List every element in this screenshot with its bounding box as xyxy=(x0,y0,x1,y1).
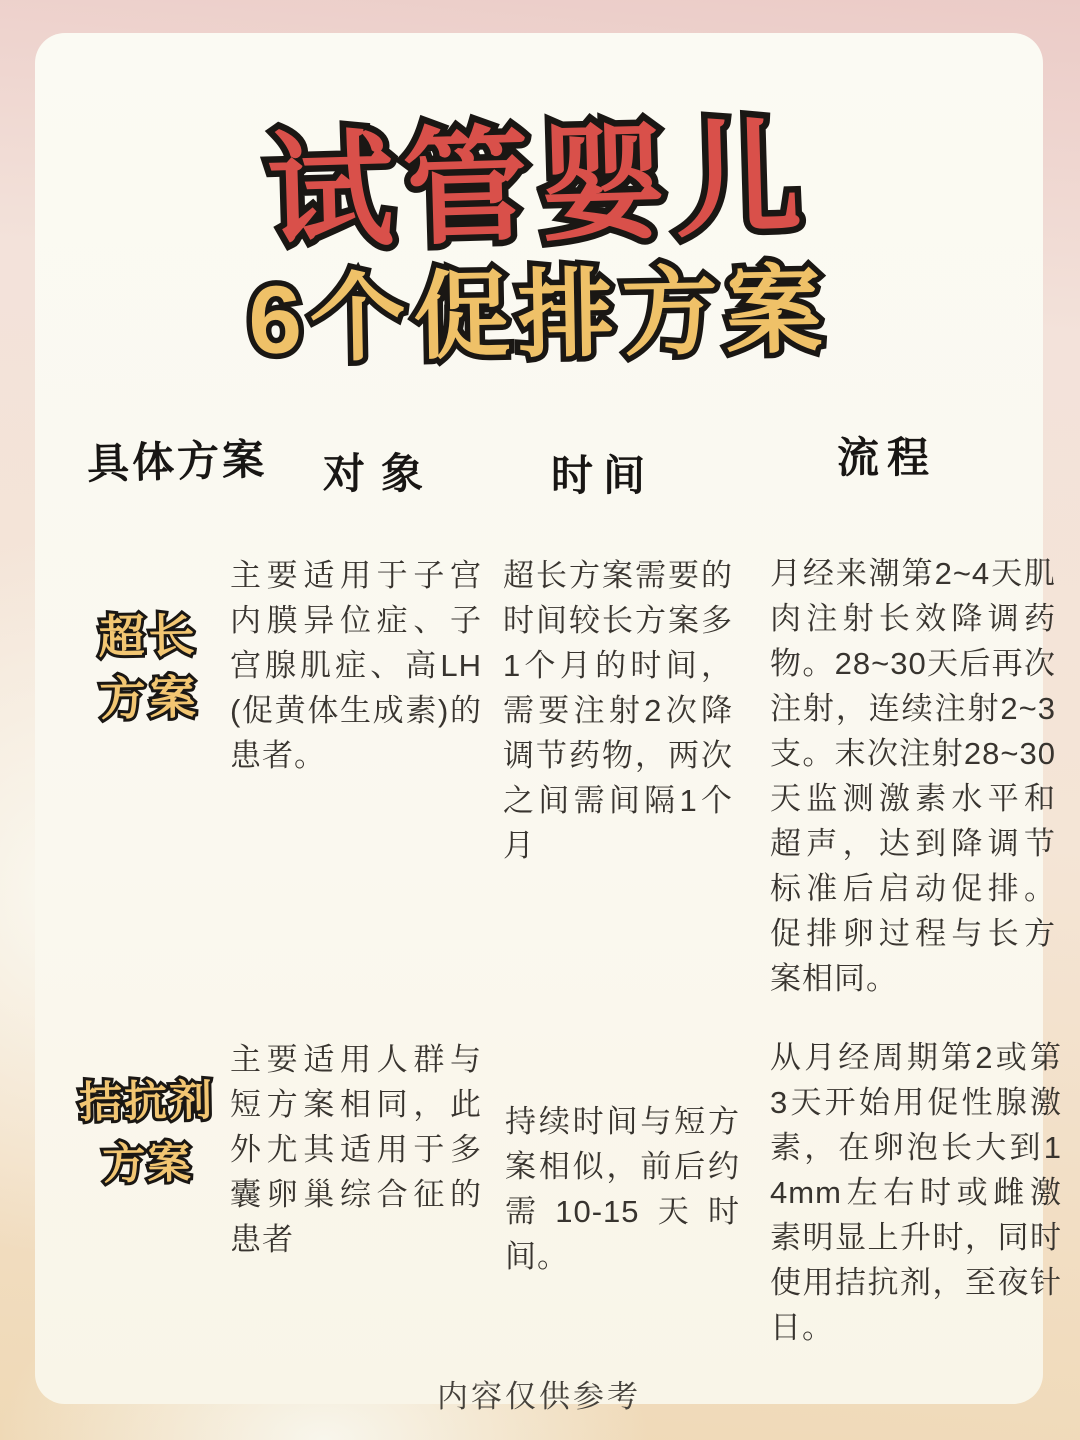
footer-disclaimer: 内容仅供参考 xyxy=(35,1371,1043,1416)
row-label-antagonist-plan: 拮抗剂 方案 xyxy=(60,1070,234,1197)
column-header-target: 对象 xyxy=(323,441,439,501)
column-header-time: 时间 xyxy=(551,443,655,503)
cell-row2-target: 主要适用人群与短方案相同，此外尤其适用于多囊卵巢综合征的患者 xyxy=(230,1037,482,1262)
content-card: 试管婴儿 6个促排方案 具体方案 对象 时间 流程 超长 方案 主要适用于子宫内… xyxy=(35,33,1043,1404)
cell-row2-time: 持续时间与短方案相似，前后约需10-15天时间。 xyxy=(505,1099,740,1279)
subtitle: 6个促排方案 xyxy=(34,230,1044,385)
row-label-line: 方案 xyxy=(73,666,226,731)
cell-row1-time: 超长方案需要的时间较长方案多1个月的时间，需要注射2次降调节药物，两次之间需间隔… xyxy=(503,553,733,868)
cell-row2-process: 从月经周期第2或第3天开始用促性腺激素，在卵泡长大到14mm左右时或雌激素明显上… xyxy=(770,1035,1062,1350)
poster-frame: 试管婴儿 6个促排方案 具体方案 对象 时间 流程 超长 方案 主要适用于子宫内… xyxy=(0,0,1080,1440)
row-label-line: 超长 xyxy=(72,604,225,669)
row-label-line: 拮抗剂 xyxy=(60,1070,233,1135)
cell-row1-target: 主要适用于子宫内膜异位症、子宫腺肌症、高LH(促黄体生成素)的患者。 xyxy=(230,553,482,778)
column-header-process: 流程 xyxy=(837,425,937,485)
row-label-line: 方案 xyxy=(61,1131,234,1196)
row-label-ultra-long-plan: 超长 方案 xyxy=(72,604,226,731)
column-header-plan: 具体方案 xyxy=(86,427,268,492)
cell-row1-process: 月经来潮第2~4天肌肉注射长效降调药物。28~30天后再次注射，连续注射2~3支… xyxy=(770,551,1056,1001)
